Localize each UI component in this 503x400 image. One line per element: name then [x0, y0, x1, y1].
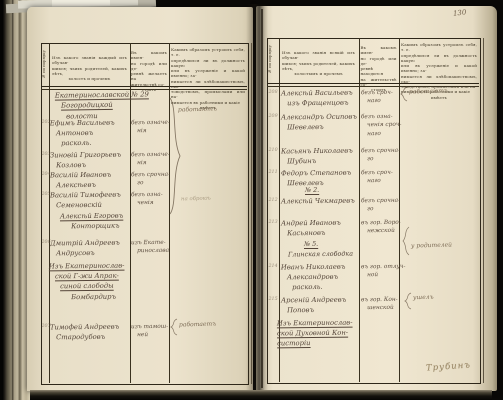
subnote-line: синой слободы [60, 281, 125, 292]
section-marker: № 5. [304, 240, 318, 248]
header-line: опредѣлился ли въ должность какую [401, 53, 477, 64]
faint-margin-note: на оброкѣ [181, 196, 211, 203]
entry-name: Андрей Ивановъ Касьяновъ [281, 218, 341, 239]
curly-brace [402, 226, 410, 256]
row-number: 208 [269, 90, 278, 95]
right-header-col2: Изъ какого званія всякій изъ обучав- ших… [282, 50, 355, 76]
section-marker: № 2. [305, 186, 319, 194]
entry-term: въ гор. Кон- шенской [360, 296, 397, 313]
heading-line: Екатеринославской № 29 [55, 89, 149, 101]
row-note: ушелъ [413, 294, 434, 302]
right-subheading: Глинская слободка [288, 250, 353, 261]
curly-brace [170, 318, 178, 336]
term-line: ченія сроч- [366, 121, 401, 130]
name-line: Арсеній Андреевъ [281, 295, 346, 306]
name-line: Андрей Ивановъ [281, 218, 341, 229]
name-line: Дмитрій Андреевъ [50, 238, 120, 249]
term-line: безъ озна- [131, 191, 163, 200]
entry-name: Василій Тимофеевъ Семеновскій [50, 190, 121, 211]
term-line: ной [367, 271, 406, 280]
term-line: наго [367, 97, 393, 106]
entry-term: безъ означе- нія [131, 119, 170, 136]
term-line: ченія [137, 199, 163, 208]
term-line: безъ срочна- [360, 197, 399, 206]
left-header-col2: Изъ какого званія каждый изъ обучав- ших… [52, 55, 127, 81]
term-line: го [367, 155, 400, 164]
term-line: ринослава [137, 247, 169, 256]
term-line: го [137, 179, 170, 188]
term-line: го [367, 205, 400, 214]
name-line: Тимофей Андреевъ [50, 322, 119, 333]
term-line: безъ срочна- [360, 147, 399, 156]
subnote-line: Конторщикъ [71, 221, 123, 232]
entry-term: безъ срочна- го [360, 147, 399, 164]
subnote-line: ской Духовной Кон- [277, 328, 353, 339]
header-line: Въ какомъ имен- [361, 45, 397, 56]
header-line: товодствомъ, промыслами или на- [171, 89, 245, 100]
name-line: Антоновъ [56, 128, 115, 139]
header-line: шихся; чьихъ родителей, какихъ лѣтъ, [282, 61, 355, 72]
entry-term: безъ озна- ченія [131, 191, 163, 208]
name-line: Шевелевъ [287, 122, 357, 133]
entry-name: Алексѣй Васильевъ изъ Фращенцовъ [281, 88, 353, 109]
book-bottom-edge [30, 390, 492, 400]
name-line: Василій Тимофеевъ [50, 190, 121, 201]
row-number: 213 [269, 220, 278, 225]
term-line: нія [137, 127, 170, 136]
header-line: но городѣ или де- [131, 61, 167, 72]
term-line: наго [367, 177, 393, 186]
entry-term: изъ Екате- ринослава [131, 239, 169, 256]
entry-term: безъ срочна- го [360, 197, 399, 214]
entry-name: Алексѣй Чекмаревъ [281, 196, 355, 207]
term-line: безъ срочна- [131, 171, 170, 180]
subnote-line: Бомбардиръ [71, 291, 125, 302]
entry-name: Василій Ивановъ Алексѣевъ [50, 170, 111, 191]
entry-name: Дмитрій Андреевъ Андрусовъ [50, 238, 120, 259]
row-note: работаютъ [409, 87, 448, 95]
entry-name: Александръ Осиповъ Шевелевъ [281, 112, 357, 133]
term-line: безъ сроч- [360, 89, 392, 98]
curly-brace [404, 292, 412, 310]
entry-term: безъ озна- ченія сроч- наго [360, 113, 401, 139]
curly-brace [400, 86, 408, 102]
row-number: 210 [269, 148, 278, 153]
row-number: 212 [269, 198, 278, 203]
term-line: ней [137, 331, 168, 340]
name-line: Касьянъ Николаевъ [281, 146, 353, 157]
entry-name: Иванъ Николаевъ Александровъ расколь. [281, 262, 346, 293]
name-line: изъ Фращенцовъ [287, 98, 353, 109]
entry-name: Тимофей Андреевъ Стародубовъ [50, 322, 120, 343]
name-line: Касьяновъ [287, 228, 341, 239]
name-line: Поповъ [287, 305, 346, 316]
curly-brace [168, 97, 182, 215]
left-header-col1: № по порядку [41, 45, 49, 85]
row-number: 214 [269, 264, 278, 269]
term-line: наго [367, 129, 402, 138]
name-line: расколь. [292, 282, 346, 293]
header-line: на жительствѣ со- [361, 77, 397, 88]
entry-name: Зиновій Григорьевъ Козловъ [50, 150, 121, 171]
right-header-col1: № по порядку [267, 40, 276, 80]
name-line: Иванъ Николаевъ [281, 262, 346, 273]
name-line: Федоръ Степановъ [281, 168, 351, 179]
header-line: холостъ и прочемъ [52, 76, 127, 81]
entry-term: въ гор. Воро- нежской [360, 219, 400, 236]
entry-term: безъ сроч- наго [360, 89, 392, 106]
header-line: но городѣ или де- [361, 56, 397, 67]
page-fold-line [261, 9, 263, 388]
name-line: Василій Ивановъ [50, 170, 111, 181]
page-number: 130 [453, 8, 467, 17]
left-header-col3: Въ какомъ имен- но городѣ или де- ревнѣ … [131, 50, 167, 92]
header-line: ревнѣ находится [361, 66, 397, 77]
under-page-corner [52, 0, 110, 7]
term-line: въ гор. отлуч- [360, 263, 405, 272]
row-number: 209 [269, 114, 278, 119]
group-note: работаютъ [178, 105, 217, 113]
row-number: 211 [269, 170, 278, 175]
name-line: Семеновскій [56, 200, 121, 211]
entry-subnote: Изъ Екатеринослав- ской Духовной Кон- си… [277, 318, 353, 349]
row-number: 215 [269, 297, 278, 302]
subnote-line: ской Г-жи Апрак- [55, 271, 125, 282]
name-line: расколь. [61, 138, 115, 149]
term-line: шенской [367, 304, 398, 313]
book-scan: № по порядку Изъ какого званія каждый из… [0, 0, 503, 400]
header-line: шихся; чьихъ родителей, какихъ лѣтъ, [52, 66, 127, 77]
right-table-outer-rule [483, 38, 484, 383]
header-line: Какимъ образомъ устроилъ себя, т. е. [171, 47, 245, 58]
term-line: изъ тамош- [131, 323, 168, 332]
entry-subnote: Алексѣй Егоровъ Конторщикъ [60, 211, 124, 232]
header-line: ревнѣ желаетъ на [131, 71, 167, 82]
right-column-divider-2 [359, 38, 360, 382]
header-line: Какимъ образомъ устроилъ себя, т. е. [401, 42, 477, 53]
header-line: Въ какомъ имен- [131, 50, 167, 61]
row-note: у родителей [411, 241, 452, 249]
entry-term: безъ сроч- наго [360, 169, 392, 186]
term-line: безъ сроч- [360, 169, 392, 178]
term-line: безъ означе- [131, 151, 170, 160]
header-line: или въ услуженіе и какой именно; за- [401, 63, 477, 74]
header-line: нимается ли хлѣбопашествомъ, ско- [171, 79, 245, 90]
name-line: Зиновій Григорьевъ [50, 150, 121, 161]
header-line: имѣетъ [401, 95, 477, 100]
entry-name: Арсеній Андреевъ Поповъ [281, 295, 347, 316]
header-line: нимается ли хлѣбопашествомъ, ско- [401, 74, 477, 85]
entry-term: безъ означе- нія [131, 151, 170, 168]
header-line: Изъ какого званія каждый изъ обучав- [52, 55, 127, 66]
name-line: Алексѣй Чекмаревъ [281, 196, 355, 207]
entry-term: въ гор. отлуч- ной [360, 263, 405, 280]
entry-term: безъ срочна- го [131, 171, 170, 188]
header-line: Изъ какого званія всякій изъ обучав- [282, 50, 355, 61]
name-line: Александръ Осиповъ [281, 112, 357, 123]
name-line: Андрусовъ [56, 248, 120, 259]
entry-name: Ефимъ Васильевъ Антоновъ расколь. [50, 118, 115, 149]
right-header-col3: Въ какомъ имен- но городѣ или де- ревнѣ … [361, 45, 397, 92]
name-line: Александровъ [287, 272, 346, 283]
subnote-line: Алексѣй Егоровъ [60, 211, 123, 222]
header-line: опредѣлился ли въ должность какую [171, 58, 245, 69]
name-line: Ефимъ Васильевъ [50, 118, 115, 129]
term-line: нежской [367, 227, 401, 236]
left-table-outer-rule [251, 43, 252, 384]
header-line: или въ услуженіе и какой именно; за- [171, 68, 245, 79]
entry-subnote: Изъ Екатеринослав- ской Г-жи Апрак- сино… [49, 261, 125, 303]
term-line: безъ означе- [131, 119, 170, 128]
entry-term: изъ тамош- ней [131, 323, 169, 340]
subnote-line: систоріи [277, 338, 353, 349]
book-gutter [246, 4, 268, 394]
term-line: нія [137, 159, 170, 168]
name-line: Стародубовъ [56, 332, 119, 343]
name-line: Шубинъ [287, 156, 353, 167]
entry-name: Касьянъ Николаевъ Шубинъ [281, 146, 353, 167]
header-line: холостымъ и прочемъ [282, 71, 355, 76]
row-note: работаетъ [179, 321, 216, 329]
left-header-col4: Какимъ образомъ устроилъ себя, т. е. опр… [171, 47, 245, 110]
